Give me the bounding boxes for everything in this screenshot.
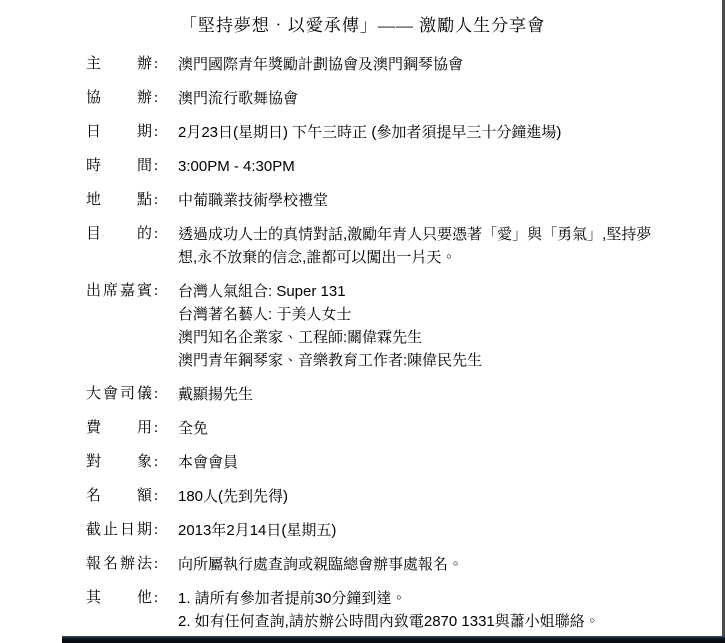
info-row: 費用 : 全免 xyxy=(86,417,685,440)
content-line: 戴顯揚先生 xyxy=(178,383,658,406)
row-colon: : xyxy=(152,417,178,440)
row-label: 目的 xyxy=(86,223,152,246)
info-rows: 主辦 : 澳門國際青年獎勵計劃協會及澳門鋼琴協會 協辦 : 澳門流行歌舞協會 日… xyxy=(86,53,685,633)
row-label: 主辦 xyxy=(86,53,152,76)
info-row: 出席嘉賓 : 台灣人氣組合: Super 131台灣著名藝人: 于美人女士澳門知… xyxy=(86,280,685,372)
page-title: 「堅持夢想‧以愛承傳」—— 激勵人生分享會 xyxy=(0,14,725,38)
content-line: 2013年2月14日(星期五) xyxy=(178,519,658,542)
row-label: 時間 xyxy=(86,155,152,178)
row-content: 2月23日(星期日) 下午三時正 (參加者須提早三十分鐘進場) xyxy=(178,121,658,144)
content-line: 2月23日(星期日) 下午三時正 (參加者須提早三十分鐘進場) xyxy=(178,121,658,144)
row-content: 澳門國際青年獎勵計劃協會及澳門鋼琴協會 xyxy=(178,53,658,76)
row-content: 中葡職業技術學校禮堂 xyxy=(178,189,658,212)
info-row: 日期 : 2月23日(星期日) 下午三時正 (參加者須提早三十分鐘進場) xyxy=(86,121,685,144)
content-line: 3:00PM - 4:30PM xyxy=(178,155,658,178)
info-row: 名額 : 180人(先到先得) xyxy=(86,485,685,508)
content-line: 台灣人氣組合: Super 131 xyxy=(178,280,658,303)
row-label: 報名辦法 xyxy=(86,553,152,576)
row-content: 戴顯揚先生 xyxy=(178,383,658,406)
row-colon: : xyxy=(152,485,178,508)
row-colon: : xyxy=(152,519,178,542)
row-colon: : xyxy=(152,121,178,144)
info-row: 截止日期 : 2013年2月14日(星期五) xyxy=(86,519,685,542)
row-content: 透過成功人士的真情對話,激勵年青人只要憑著「愛」與「勇氣」,堅持夢想,永不放棄的… xyxy=(178,223,658,269)
row-content: 台灣人氣組合: Super 131台灣著名藝人: 于美人女士澳門知名企業家、工程… xyxy=(178,280,658,372)
row-label: 其他 xyxy=(86,587,152,610)
row-colon: : xyxy=(152,280,178,303)
info-row: 目的 : 透過成功人士的真情對話,激勵年青人只要憑著「愛」與「勇氣」,堅持夢想,… xyxy=(86,223,685,269)
content-line: 中葡職業技術學校禮堂 xyxy=(178,189,658,212)
row-content: 3:00PM - 4:30PM xyxy=(178,155,658,178)
info-row: 大會司儀 : 戴顯揚先生 xyxy=(86,383,685,406)
row-colon: : xyxy=(152,383,178,406)
row-content: 本會會員 xyxy=(178,451,658,474)
row-label: 日期 xyxy=(86,121,152,144)
content-line: 澳門國際青年獎勵計劃協會及澳門鋼琴協會 xyxy=(178,53,658,76)
row-label: 對象 xyxy=(86,451,152,474)
event-notice: 「堅持夢想‧以愛承傳」—— 激勵人生分享會 主辦 : 澳門國際青年獎勵計劃協會及… xyxy=(0,0,725,633)
row-colon: : xyxy=(152,553,178,576)
content-line: 澳門青年鋼琴家、音樂教育工作者:陳偉民先生 xyxy=(178,349,658,372)
content-line: 本會會員 xyxy=(178,451,658,474)
row-colon: : xyxy=(152,189,178,212)
info-row: 對象 : 本會會員 xyxy=(86,451,685,474)
row-label: 名額 xyxy=(86,485,152,508)
content-line: 2. 如有任何查詢,請於辦公時間內致電2870 1331與蕭小姐聯絡。 xyxy=(178,610,658,633)
info-row: 主辦 : 澳門國際青年獎勵計劃協會及澳門鋼琴協會 xyxy=(86,53,685,76)
row-content: 澳門流行歌舞協會 xyxy=(178,87,658,110)
row-content: 2013年2月14日(星期五) xyxy=(178,519,658,542)
row-label: 費用 xyxy=(86,417,152,440)
row-label: 截止日期 xyxy=(86,519,152,542)
info-row: 地點 : 中葡職業技術學校禮堂 xyxy=(86,189,685,212)
row-label: 出席嘉賓 xyxy=(86,280,152,303)
row-colon: : xyxy=(152,587,178,610)
content-line: 台灣著名藝人: 于美人女士 xyxy=(178,303,658,326)
row-content: 全免 xyxy=(178,417,658,440)
row-content: 向所屬執行處查詢或親臨總會辦事處報名。 xyxy=(178,553,658,576)
row-colon: : xyxy=(152,87,178,110)
content-line: 180人(先到先得) xyxy=(178,485,658,508)
content-line: 1. 請所有參加者提前30分鐘到達。 xyxy=(178,587,658,610)
document-page: 「堅持夢想‧以愛承傳」—— 激勵人生分享會 主辦 : 澳門國際青年獎勵計劃協會及… xyxy=(0,0,725,643)
row-colon: : xyxy=(152,451,178,474)
content-line: 澳門知名企業家、工程師:關偉霖先生 xyxy=(178,326,658,349)
row-colon: : xyxy=(152,155,178,178)
row-label: 協辦 xyxy=(86,87,152,110)
info-row: 協辦 : 澳門流行歌舞協會 xyxy=(86,87,685,110)
info-row: 其他 : 1. 請所有參加者提前30分鐘到達。2. 如有任何查詢,請於辦公時間內… xyxy=(86,587,685,633)
info-row: 時間 : 3:00PM - 4:30PM xyxy=(86,155,685,178)
row-content: 180人(先到先得) xyxy=(178,485,658,508)
taskbar-top-edge xyxy=(62,636,725,643)
row-label: 地點 xyxy=(86,189,152,212)
content-line: 透過成功人士的真情對話,激勵年青人只要憑著「愛」與「勇氣」,堅持夢想,永不放棄的… xyxy=(178,223,658,269)
row-colon: : xyxy=(152,53,178,76)
row-colon: : xyxy=(152,223,178,246)
content-line: 澳門流行歌舞協會 xyxy=(178,87,658,110)
row-label: 大會司儀 xyxy=(86,383,152,406)
row-content: 1. 請所有參加者提前30分鐘到達。2. 如有任何查詢,請於辦公時間內致電287… xyxy=(178,587,658,633)
info-row: 報名辦法 : 向所屬執行處查詢或親臨總會辦事處報名。 xyxy=(86,553,685,576)
content-line: 向所屬執行處查詢或親臨總會辦事處報名。 xyxy=(178,553,658,576)
content-line: 全免 xyxy=(178,417,658,440)
